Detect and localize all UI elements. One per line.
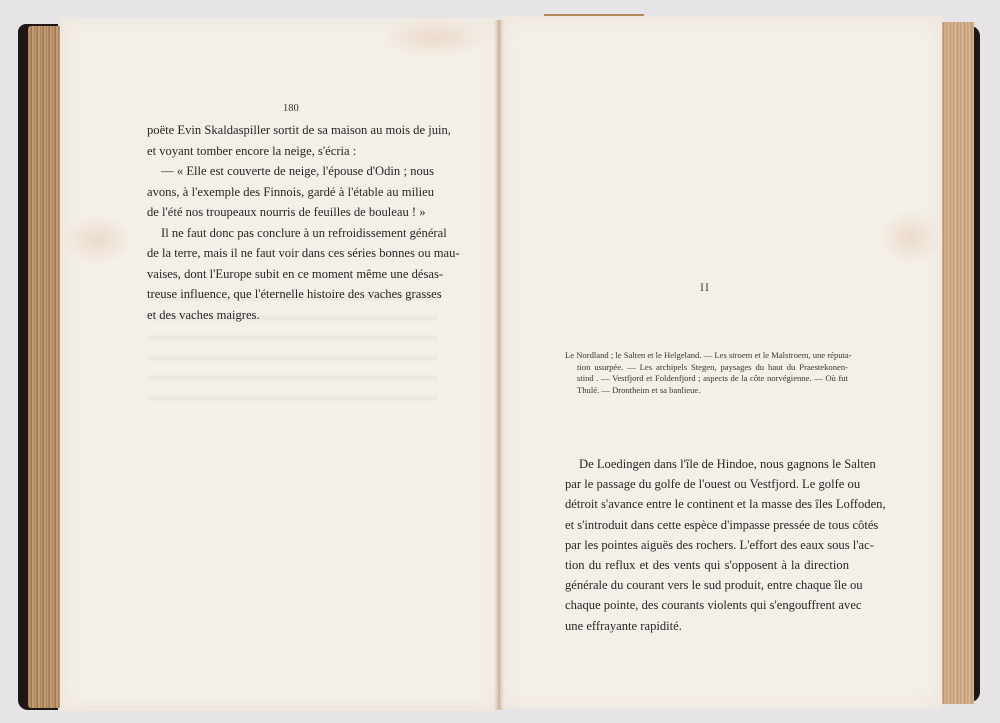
text-line: — « Elle est couverte de neige, l'épouse… [147, 161, 434, 182]
right-page-body: De Loedingen dans l'île de Hindoe, nous … [565, 454, 849, 636]
text-line: poëte Evin Skaldaspiller sortit de sa ma… [147, 120, 434, 141]
paper-stain [880, 210, 940, 265]
text-line: de l'été nos troupeaux nourris de feuill… [147, 202, 434, 223]
chapter-summary: Le Nordland ; le Salten et le Helgeland.… [565, 350, 848, 396]
text-line: par les pointes aiguës des rochers. L'ef… [565, 535, 849, 555]
text-line: vaises, dont l'Europe subit en ce moment… [147, 264, 434, 285]
page-number: 180 [283, 99, 299, 120]
summary-line: Le Nordland ; le Salten et le Helgeland.… [565, 350, 848, 362]
summary-line: tion usurpée. — Les archipels Stegen, pa… [565, 362, 848, 374]
text-line: détroit s'avance entre le continent et l… [565, 494, 849, 514]
text-line: chaque pointe, des courants violents qui… [565, 595, 849, 615]
text-line: tion du reflux et des vents qui s'oppose… [565, 555, 849, 575]
summary-line: stind . — Vestfjord et Foldenfjord ; asp… [565, 373, 848, 385]
text-line: et voyant tomber encore la neige, s'écri… [147, 141, 434, 162]
paper-stain [62, 215, 132, 265]
text-line: et des vaches maigres. [147, 305, 434, 326]
text-line: et s'introduit dans cette espèce d'impas… [565, 515, 849, 535]
left-page-body: poëte Evin Skaldaspiller sortit de sa ma… [147, 120, 434, 325]
text-line: par le passage du golfe de l'ouest ou Ve… [565, 474, 849, 494]
book-gutter [494, 20, 504, 710]
text-line: une effrayante rapidité. [565, 616, 849, 636]
summary-line: Thulé. — Drontheim et sa banlieue. [565, 385, 848, 397]
text-line: De Loedingen dans l'île de Hindoe, nous … [565, 454, 849, 474]
page-edges-right [938, 22, 974, 704]
text-line: avons, à l'exemple des Finnois, gardé à … [147, 182, 434, 203]
paper-stain [380, 18, 490, 58]
text-line: générale du courant vers le sud produit,… [565, 575, 849, 595]
open-book: 180 poëte Evin Skaldaspiller sortit de s… [0, 0, 1000, 723]
text-line: treuse influence, que l'éternelle histoi… [147, 284, 434, 305]
page-edges-left [28, 26, 64, 708]
text-line: Il ne faut donc pas conclure à un refroi… [147, 223, 434, 244]
chapter-number: II [700, 277, 710, 298]
text-line: de la terre, mais il ne faut voir dans c… [147, 243, 434, 264]
